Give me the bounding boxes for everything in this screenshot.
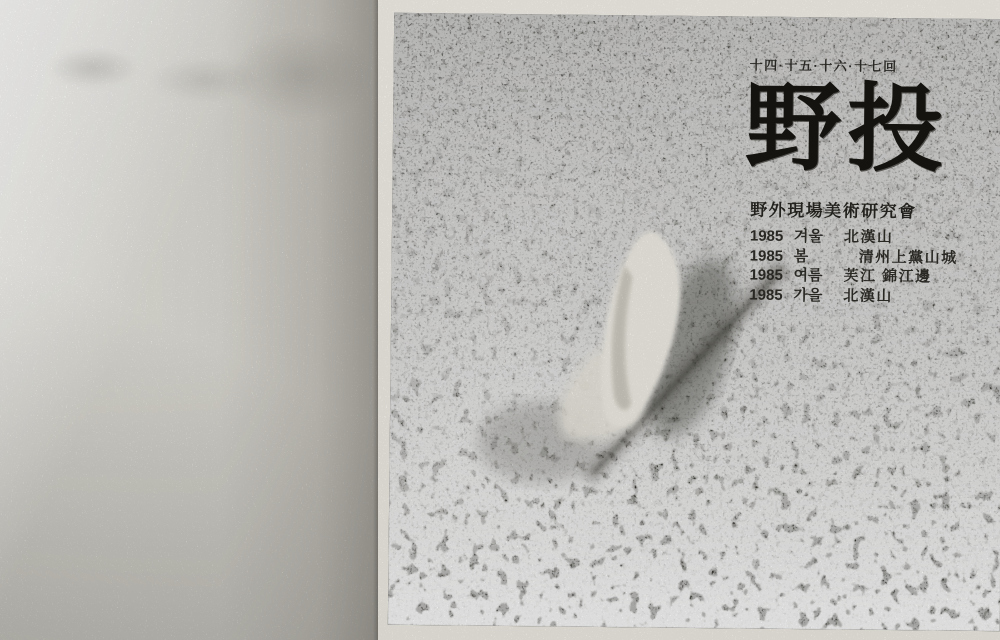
event-site: 清州上黨山城 [844,247,998,268]
event-year: 1985 [750,227,786,247]
ink-smudge [48,48,138,88]
event-site: 北漢山 [844,228,998,249]
event-season: 겨울 [794,227,836,247]
event-row: 1985 봄 清州上黨山城 [750,246,998,268]
event-row: 1985 가을 北漢山 [749,285,997,307]
exhibition-title: 野投 [745,81,1000,176]
event-year: 1985 [749,266,785,286]
event-year: 1985 [750,246,786,266]
right-page: 十四·十五·十六·十七回 野投 野外現場美術研究會 1985 겨울 北漢山 19… [378,0,1000,640]
event-list: 1985 겨울 北漢山 1985 봄 清州上黨山城 1985 여름 芙江 錦江邊 [749,227,998,308]
book-spread: 十四·十五·十六·十七回 野投 野外現場美術研究會 1985 겨울 北漢山 19… [0,0,1000,640]
event-season: 가을 [793,286,835,306]
event-year: 1985 [749,285,785,305]
association-name: 野外現場美術研究會 [750,196,998,224]
event-site: 芙江 錦江邊 [843,267,997,288]
event-row: 1985 여름 芙江 錦江邊 [749,266,997,288]
event-site: 北漢山 [843,286,997,307]
event-row: 1985 겨울 北漢山 [750,227,998,249]
left-blank-page [0,0,378,640]
ink-smudge [230,30,370,120]
event-season: 여름 [793,266,835,286]
event-season: 봄 [794,247,836,267]
gravel-photo: 十四·十五·十六·十七回 野投 野外現場美術研究會 1985 겨울 北漢山 19… [388,13,1000,631]
title-block: 十四·十五·十六·十七回 野投 野外現場美術研究會 1985 겨울 北漢山 19… [747,55,1000,308]
